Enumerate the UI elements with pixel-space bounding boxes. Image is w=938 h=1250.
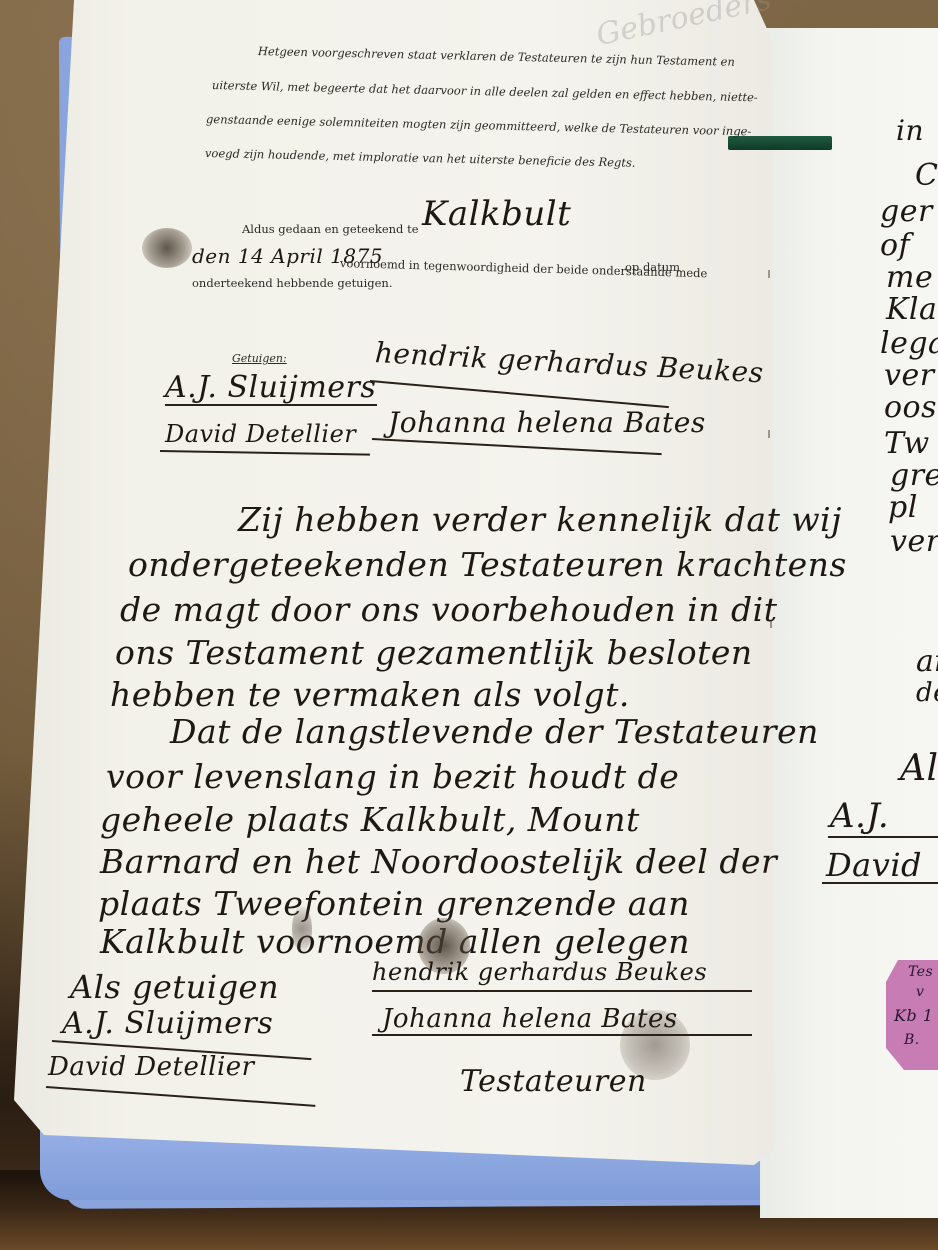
right-page-line: oos xyxy=(884,390,937,425)
right-page-line: of xyxy=(880,228,910,263)
handwritten-place: Kalkbult xyxy=(422,194,571,234)
codicil-line: geheele plaats Kalkbult, Mount xyxy=(100,800,640,839)
right-page-line: Al xyxy=(900,748,938,789)
right-page-line: pl xyxy=(888,490,918,525)
printed-signed-at: Aldus gedaan en geteekend te xyxy=(242,222,419,236)
codicil-line: Zij hebben verder kennelijk dat wij xyxy=(238,500,842,539)
codicil-line: Dat de langstlevende der Testateuren xyxy=(170,712,819,751)
signature-rule xyxy=(828,836,938,838)
witness-signature-1: A.J. Sluijmers xyxy=(165,370,376,405)
codicil-line: ondergeteekenden Testateuren krachtens xyxy=(128,545,847,584)
right-page-line: ai xyxy=(916,644,938,679)
bottom-role-label: Testateuren xyxy=(460,1064,647,1099)
right-page-line: David xyxy=(826,846,922,884)
right-page-line: Kla xyxy=(886,292,937,327)
right-page-line: me xyxy=(886,260,933,295)
right-page-line: de xyxy=(916,678,938,708)
witness-signature-2: David Detellier xyxy=(165,420,356,448)
signature-rule xyxy=(165,404,377,406)
ink-stain xyxy=(142,228,192,268)
signature-rule xyxy=(372,1034,752,1036)
bottom-witness-signature-1: A.J. Sluijmers xyxy=(62,1006,273,1041)
testator-signature-2: Johanna helena Bates xyxy=(388,406,706,439)
label-line: v xyxy=(916,984,924,1000)
binding-stitch xyxy=(768,430,770,438)
label-line: Tes xyxy=(908,964,933,980)
codicil-line: plaats Tweefontein grenzende aan xyxy=(98,884,690,923)
bottom-testator-signature-1: hendrik gerhardus Beukes xyxy=(372,958,707,986)
codicil-line: hebben te vermaken als volgt. xyxy=(110,675,630,714)
binding-stitch xyxy=(768,270,770,278)
right-page-line: gre xyxy=(890,458,938,493)
signature-rule xyxy=(372,990,752,992)
pink-archive-label: Tes v Kb 1 B. xyxy=(886,960,938,1070)
codicil-line: voor levenslang in bezit houdt de xyxy=(106,757,679,796)
ink-stain xyxy=(292,906,312,952)
label-line: Kb 1 xyxy=(894,1006,933,1025)
printed-on-date: op datum xyxy=(625,260,680,274)
witnesses-label: Getuigen: xyxy=(232,352,287,365)
right-page-line: lega xyxy=(880,326,938,361)
printed-witnesses-line: onderteekend hebbende getuigen. xyxy=(192,276,393,290)
signature-rule xyxy=(822,882,938,884)
right-page-line: ver xyxy=(890,524,938,559)
right-page-line: Tw xyxy=(884,426,930,461)
right-page-line: A.J. xyxy=(830,796,889,836)
right-page-line: C xyxy=(915,158,938,193)
bottom-witness-signature-2: David Detellier xyxy=(48,1052,255,1082)
codicil-line: Kalkbult voornoemd allen gelegen xyxy=(100,922,690,961)
label-line: B. xyxy=(904,1032,920,1048)
right-page-line: ver xyxy=(884,358,935,393)
bottom-witness-label: Als getuigen xyxy=(70,968,279,1006)
right-page-line: ger xyxy=(880,194,933,229)
codicil-line: ons Testament gezamentlijk besloten xyxy=(115,633,753,672)
codicil-line: de magt door ons voorbehouden in dit xyxy=(120,590,777,629)
bottom-testator-signature-2: Johanna helena Bates xyxy=(382,1004,678,1034)
codicil-line: Barnard en het Noordoostelijk deel der xyxy=(100,842,777,881)
right-page-line: in xyxy=(896,114,924,147)
